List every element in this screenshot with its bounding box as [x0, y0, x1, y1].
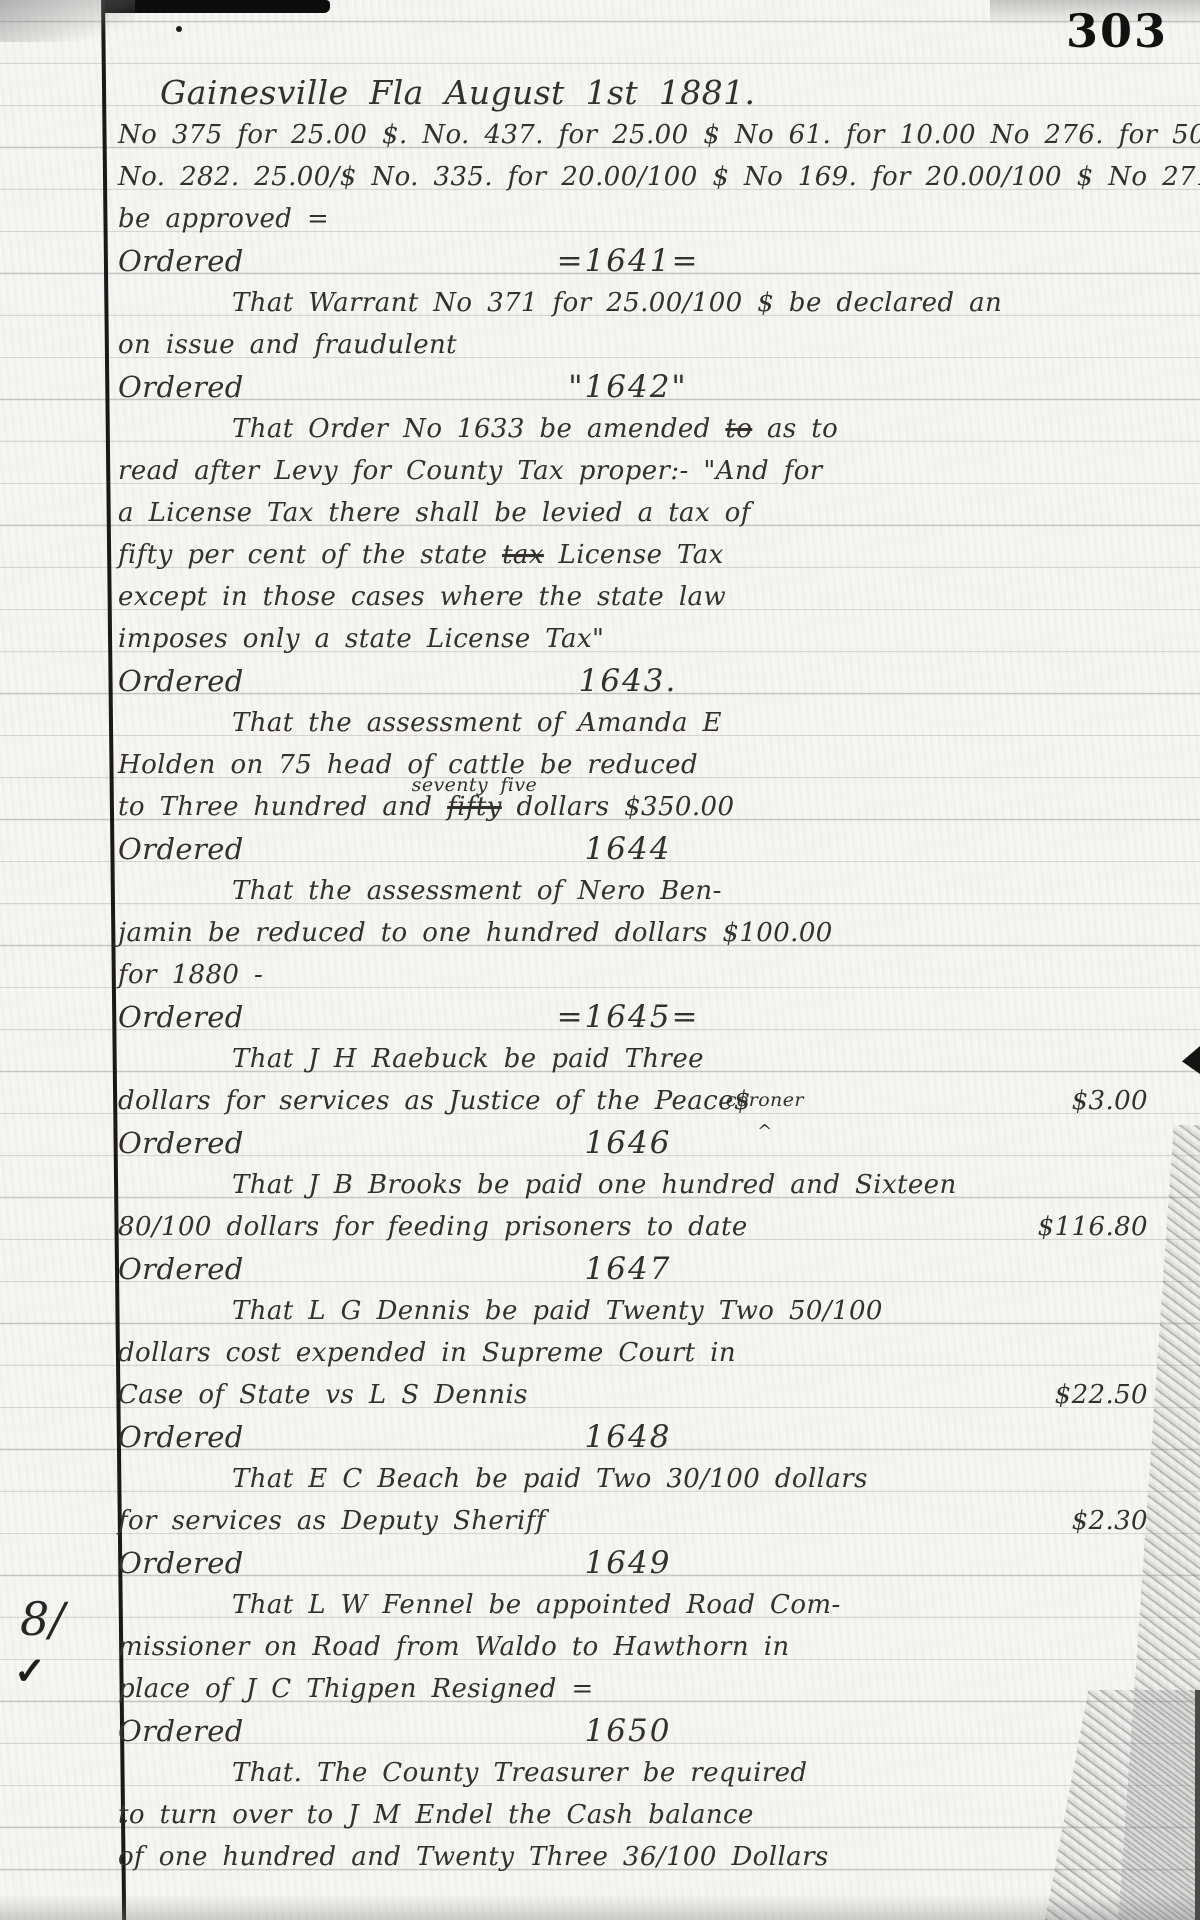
- handwritten-minutes: Gainesville Fla August 1st 1881. No 375 …: [118, 72, 1188, 1878]
- order-line: That the assessment of Amanda E: [118, 702, 1188, 744]
- order-line: That Warrant No 371 for 25.00/100 $ be d…: [118, 282, 1188, 324]
- order-heading-1648: Ordered 1648: [118, 1416, 1188, 1458]
- order-line: imposes only a state License Tax": [118, 618, 1188, 660]
- dateline-text: Gainesville Fla August 1st 1881.: [160, 73, 755, 112]
- ordered-label: Ordered: [118, 1000, 244, 1034]
- order-line: except in those cases where the state la…: [118, 576, 1188, 618]
- order-line: That L W Fennel be appointed Road Com-: [118, 1584, 1188, 1626]
- order-heading-1649: Ordered 1649: [118, 1542, 1188, 1584]
- order-line: Case of State vs L S Dennis $22.50: [118, 1374, 1188, 1416]
- order-heading-1644: Ordered 1644: [118, 828, 1188, 870]
- order-line: dollars for services as Justice of the P…: [118, 1080, 1188, 1122]
- order-line: That J H Raebuck be paid Three: [118, 1038, 1188, 1080]
- struck-word: to: [725, 414, 752, 444]
- order-heading-1650: Ordered 1650: [118, 1710, 1188, 1752]
- order-number: 1647: [518, 1248, 738, 1290]
- order-number: 1648: [518, 1416, 738, 1458]
- ledger-page: 303 8/ ✓ Gainesville Fla August 1st 1881…: [0, 0, 1200, 1920]
- order-line: for 1880 -: [118, 954, 1188, 996]
- ordered-label: Ordered: [118, 370, 244, 404]
- ordered-label: Ordered: [118, 1126, 244, 1160]
- order-number: 1644: [518, 828, 738, 870]
- ordered-label: Ordered: [118, 1546, 244, 1580]
- order-line: of one hundred and Twenty Three 36/100 D…: [118, 1836, 1188, 1878]
- inserted-word: seventy five: [412, 776, 538, 795]
- order-line: to Three hundred and seventy fivefifty d…: [118, 786, 1188, 828]
- order-heading-1646: Ordered 1646: [118, 1122, 1188, 1164]
- order-heading-1643: Ordered 1643.: [118, 660, 1188, 702]
- order-line: That the assessment of Nero Ben-: [118, 870, 1188, 912]
- order-line: That J B Brooks be paid one hundred and …: [118, 1164, 1188, 1206]
- ordered-label: Ordered: [118, 664, 244, 698]
- warrants-line-3: be approved =: [118, 198, 1188, 240]
- order-number: "1642": [518, 366, 738, 408]
- order-number: =1641=: [518, 240, 738, 282]
- order-line: missioner on Road from Waldo to Hawthorn…: [118, 1626, 1188, 1668]
- order-heading-1647: Ordered 1647: [118, 1248, 1188, 1290]
- order-heading-1645: Ordered =1645=: [118, 996, 1188, 1038]
- order-number: 1643.: [518, 660, 738, 702]
- correction: seventy fivefifty: [447, 794, 502, 820]
- order-line: for services as Deputy Sheriff $2.30: [118, 1500, 1188, 1542]
- order-heading-1642: Ordered "1642": [118, 366, 1188, 408]
- amount: $22.50: [1055, 1374, 1148, 1416]
- dateline: Gainesville Fla August 1st 1881.: [118, 72, 1188, 114]
- struck-word: tax: [502, 540, 544, 570]
- scan-shadow-bottom: [0, 1894, 1200, 1920]
- warrants-line-1: No 375 for 25.00 $. No. 437. for 25.00 $…: [118, 114, 1188, 156]
- order-number: 1646: [518, 1122, 738, 1164]
- inserted-word: coroner: [726, 1091, 804, 1110]
- binding-bar: [104, 0, 330, 13]
- order-line: place of J C Thigpen Resigned =: [118, 1668, 1188, 1710]
- order-line: That L G Dennis be paid Twenty Two 50/10…: [118, 1290, 1188, 1332]
- order-line: That Order No 1633 be amended to as to: [118, 408, 1188, 450]
- ink-dot: [176, 26, 182, 32]
- order-line: jamin be reduced to one hundred dollars …: [118, 912, 1188, 954]
- order-number: 1650: [518, 1710, 738, 1752]
- order-line: 80/100 dollars for feeding prisoners to …: [118, 1206, 1188, 1248]
- warrants-line-2: No. 282. 25.00/$ No. 335. for 20.00/100 …: [118, 156, 1188, 198]
- ordered-label: Ordered: [118, 1714, 244, 1748]
- ordered-label: Ordered: [118, 832, 244, 866]
- ordered-label: Ordered: [118, 1252, 244, 1286]
- order-line: on issue and fraudulent: [118, 324, 1188, 366]
- ordered-label: Ordered: [118, 1420, 244, 1454]
- page-number: 303: [1066, 4, 1168, 58]
- order-line: a License Tax there shall be levied a ta…: [118, 492, 1188, 534]
- order-line: That. The County Treasurer be required: [118, 1752, 1188, 1794]
- order-line: to turn over to J M Endel the Cash balan…: [118, 1794, 1188, 1836]
- order-line: read after Levy for County Tax proper:- …: [118, 450, 1188, 492]
- order-number: 1649: [518, 1542, 738, 1584]
- order-line: dollars cost expended in Supreme Court i…: [118, 1332, 1188, 1374]
- order-line: fifty per cent of the state tax License …: [118, 534, 1188, 576]
- amount: $3.00: [1072, 1080, 1148, 1122]
- margin-mark-figure: 8/: [20, 1592, 65, 1646]
- order-heading-1641: Ordered =1641=: [118, 240, 1188, 282]
- struck-word: fifty: [447, 792, 502, 822]
- amount: $2.30: [1072, 1500, 1148, 1542]
- page-edge-line: [1195, 1690, 1200, 1920]
- order-line: Holden on 75 head of cattle be reduced: [118, 744, 1188, 786]
- order-number: =1645=: [518, 996, 738, 1038]
- order-line: That E C Beach be paid Two 30/100 dollar…: [118, 1458, 1188, 1500]
- check-mark-icon: ✓: [14, 1648, 46, 1693]
- amount: $116.80: [1038, 1206, 1148, 1248]
- ordered-label: Ordered: [118, 244, 244, 278]
